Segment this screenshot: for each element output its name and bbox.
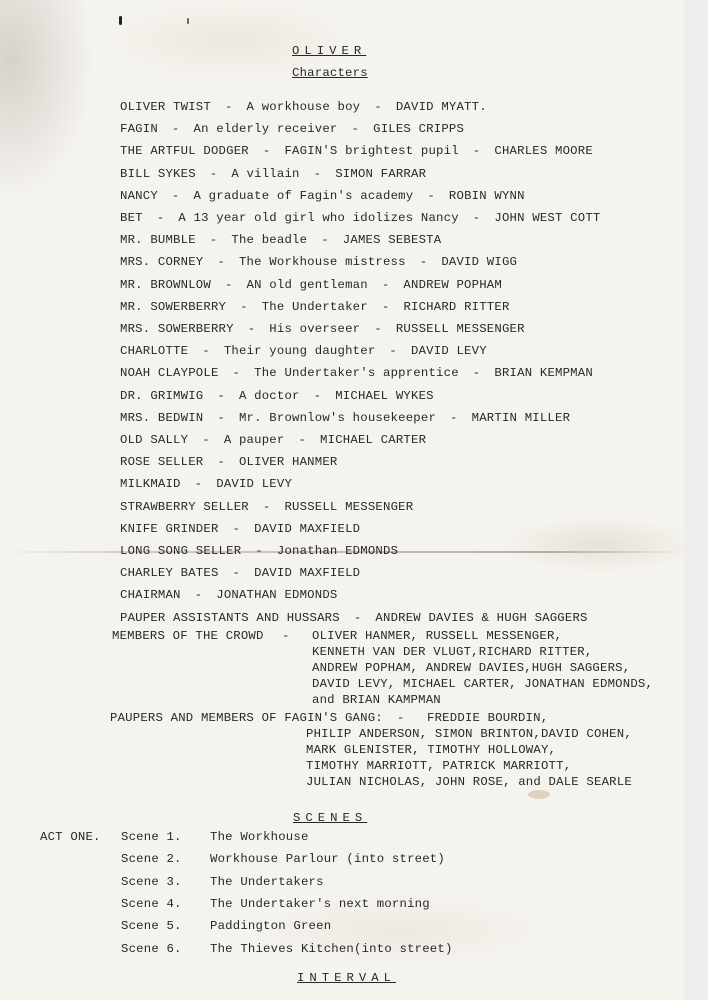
cast-actor: MARTIN MILLER: [472, 411, 571, 425]
gang-first-member: FREDDIE BOURDIN,: [427, 710, 548, 726]
cast-description: An elderly receiver: [194, 122, 338, 136]
separator-dash: -: [158, 122, 194, 136]
cast-row: BET-A 13 year old girl who idolizes Nanc…: [120, 211, 601, 225]
act-label: ACT ONE.: [40, 830, 101, 844]
cast-actor: DAVID MYATT.: [396, 100, 487, 114]
separator-dash: -: [188, 344, 224, 358]
separator-dash: -: [338, 122, 374, 136]
crowd-member-line: KENNETH VAN DER VLUGT,RICHARD RITTER,: [312, 644, 592, 660]
cast-description: A doctor: [239, 389, 300, 403]
cast-role: KNIFE GRINDER: [120, 522, 219, 536]
crowd-dash: -: [282, 628, 290, 644]
separator-dash: -: [234, 322, 270, 336]
separator-dash: -: [360, 100, 396, 114]
scene-name: The Undertaker's next morning: [210, 897, 430, 911]
cast-role: CHAIRMAN: [120, 588, 181, 602]
cast-row: MR. BUMBLE-The beadle-JAMES SEBESTA: [120, 233, 441, 247]
cast-role: MR. BUMBLE: [120, 233, 196, 247]
interval-label: INTERVAL: [297, 971, 396, 985]
scene-number: Scene 6.: [121, 942, 182, 956]
paper-sheet: OLIVER Characters OLIVER TWIST-A workhou…: [0, 0, 684, 1000]
gang-member-line: TIMOTHY MARRIOTT, PATRICK MARRIOTT,: [306, 758, 571, 774]
cast-row: ROSE SELLER-OLIVER HANMER: [120, 455, 338, 469]
paper-stain: [528, 790, 550, 799]
separator-dash: -: [307, 233, 343, 247]
cast-actor: SIMON FARRAR: [335, 167, 426, 181]
separator-dash: -: [406, 255, 442, 269]
cast-role: MRS. CORNEY: [120, 255, 203, 269]
cast-role: NANCY: [120, 189, 158, 203]
cast-role: ROSE SELLER: [120, 455, 203, 469]
ink-mark: [119, 16, 122, 25]
cast-row: LONG SONG SELLER-Jonathan EDMONDS: [120, 544, 398, 558]
separator-dash: -: [196, 233, 232, 247]
cast-row: NANCY-A graduate of Fagin's academy-ROBI…: [120, 189, 525, 203]
separator-dash: -: [226, 300, 262, 314]
separator-dash: -: [158, 189, 194, 203]
cast-role: THE ARTFUL DODGER: [120, 144, 249, 158]
scene-name: The Workhouse: [210, 830, 309, 844]
cast-row: FAGIN-An elderly receiver-GILES CRIPPS: [120, 122, 464, 136]
gang-member-line: PHILIP ANDERSON, SIMON BRINTON,DAVID COH…: [306, 726, 632, 742]
cast-description: FAGIN'S brightest pupil: [284, 144, 458, 158]
cast-role: DR. GRIMWIG: [120, 389, 203, 403]
cast-description: A 13 year old girl who idolizes Nancy: [178, 211, 458, 225]
cast-row: CHARLEY BATES-DAVID MAXFIELD: [120, 566, 360, 580]
cast-actor: JAMES SEBESTA: [343, 233, 442, 247]
cast-description: The Undertaker: [262, 300, 368, 314]
cast-row: PAUPER ASSISTANTS AND HUSSARS-ANDREW DAV…: [120, 611, 588, 625]
cast-description: Mr. Brownlow's housekeeper: [239, 411, 436, 425]
separator-dash: -: [211, 100, 247, 114]
cast-role: OLIVER TWIST: [120, 100, 211, 114]
separator-dash: -: [203, 411, 239, 425]
cast-description: A pauper: [224, 433, 285, 447]
crowd-member-line: DAVID LEVY, MICHAEL CARTER, JONATHAN EDM…: [312, 676, 653, 692]
cast-role: LONG SONG SELLER: [120, 544, 241, 558]
separator-dash: -: [284, 433, 320, 447]
cast-description: Their young daughter: [224, 344, 376, 358]
gang-label: PAUPERS AND MEMBERS OF FAGIN'S GANG:: [110, 710, 383, 726]
cast-actor: DAVID WIGG: [441, 255, 517, 269]
cast-description: The beadle: [231, 233, 307, 247]
separator-dash: -: [459, 211, 495, 225]
separator-dash: -: [203, 389, 239, 403]
cast-actor: DAVID MAXFIELD: [254, 566, 360, 580]
cast-description: A graduate of Fagin's academy: [194, 189, 414, 203]
scene-number: Scene 5.: [121, 919, 182, 933]
cast-row: KNIFE GRINDER-DAVID MAXFIELD: [120, 522, 360, 536]
separator-dash: -: [436, 411, 472, 425]
cast-role: OLD SALLY: [120, 433, 188, 447]
cast-role: NOAH CLAYPOLE: [120, 366, 219, 380]
cast-actor: Jonathan EDMONDS: [277, 544, 398, 558]
cast-actor: DAVID MAXFIELD: [254, 522, 360, 536]
scene-name: The Undertakers: [210, 875, 324, 889]
separator-dash: -: [196, 167, 232, 181]
separator-dash: -: [340, 611, 376, 625]
gang-dash: -: [397, 710, 405, 726]
cast-actor: ANDREW DAVIES & HUGH SAGGERS: [375, 611, 587, 625]
separator-dash: -: [300, 389, 336, 403]
separator-dash: -: [219, 522, 255, 536]
cast-row: MRS. CORNEY-The Workhouse mistress-DAVID…: [120, 255, 517, 269]
separator-dash: -: [219, 366, 255, 380]
separator-dash: -: [219, 566, 255, 580]
separator-dash: -: [459, 366, 495, 380]
separator-dash: -: [459, 144, 495, 158]
separator-dash: -: [188, 433, 224, 447]
cast-role: CHARLOTTE: [120, 344, 188, 358]
cast-role: BILL SYKES: [120, 167, 196, 181]
cast-description: AN old gentleman: [247, 278, 368, 292]
separator-dash: -: [368, 278, 404, 292]
cast-row: MR. SOWERBERRY-The Undertaker-RICHARD RI…: [120, 300, 510, 314]
cast-actor: JOHN WEST COTT: [494, 211, 600, 225]
separator-dash: -: [203, 255, 239, 269]
document-subtitle: Characters: [292, 66, 368, 80]
cast-role: BET: [120, 211, 143, 225]
cast-row: BILL SYKES-A villain-SIMON FARRAR: [120, 167, 426, 181]
cast-row: OLIVER TWIST-A workhouse boy-DAVID MYATT…: [120, 100, 487, 114]
separator-dash: -: [375, 344, 411, 358]
cast-description: The Workhouse mistress: [239, 255, 406, 269]
crowd-label: MEMBERS OF THE CROWD: [112, 628, 264, 644]
cast-role: MRS. SOWERBERRY: [120, 322, 234, 336]
separator-dash: -: [203, 455, 239, 469]
cast-role: CHARLEY BATES: [120, 566, 219, 580]
cast-row: OLD SALLY-A pauper-MICHAEL CARTER: [120, 433, 426, 447]
cast-actor: JONATHAN EDMONDS: [216, 588, 337, 602]
scene-name: Paddington Green: [210, 919, 331, 933]
cast-role: STRAWBERRY SELLER: [120, 500, 249, 514]
cast-row: NOAH CLAYPOLE-The Undertaker's apprentic…: [120, 366, 593, 380]
crowd-member-line: and BRIAN KAMPMAN: [312, 692, 441, 708]
cast-actor: RUSSELL MESSENGER: [284, 500, 413, 514]
separator-dash: -: [211, 278, 247, 292]
separator-dash: -: [143, 211, 179, 225]
cast-role: MILKMAID: [120, 477, 181, 491]
scenes-heading: SCENES: [293, 811, 367, 825]
cast-actor: ROBIN WYNN: [449, 189, 525, 203]
document-title: OLIVER: [292, 44, 366, 58]
separator-dash: -: [368, 300, 404, 314]
cast-actor: ANDREW POPHAM: [403, 278, 502, 292]
separator-dash: -: [300, 167, 336, 181]
cast-actor: DAVID LEVY: [216, 477, 292, 491]
crowd-member-line: ANDREW POPHAM, ANDREW DAVIES,HUGH SAGGER…: [312, 660, 630, 676]
scene-name: Workhouse Parlour (into street): [210, 852, 445, 866]
cast-actor: OLIVER HANMER: [239, 455, 338, 469]
cast-actor: MICHAEL CARTER: [320, 433, 426, 447]
separator-dash: -: [181, 477, 217, 491]
cast-row: MRS. SOWERBERRY-His overseer-RUSSELL MES…: [120, 322, 525, 336]
cast-role: PAUPER ASSISTANTS AND HUSSARS: [120, 611, 340, 625]
cast-row: CHAIRMAN-JONATHAN EDMONDS: [120, 588, 338, 602]
cast-actor: BRIAN KEMPMAN: [494, 366, 593, 380]
cast-row: DR. GRIMWIG-A doctor-MICHAEL WYKES: [120, 389, 434, 403]
separator-dash: -: [249, 500, 285, 514]
cast-description: The Undertaker's apprentice: [254, 366, 459, 380]
cast-actor: MICHAEL WYKES: [335, 389, 434, 403]
cast-description: A villain: [231, 167, 299, 181]
scene-name: The Thieves Kitchen(into street): [210, 942, 453, 956]
scene-number: Scene 1.: [121, 830, 182, 844]
cast-actor: RICHARD RITTER: [403, 300, 509, 314]
crowd-member-line: OLIVER HANMER, RUSSELL MESSENGER,: [312, 628, 562, 644]
scene-number: Scene 4.: [121, 897, 182, 911]
scene-number: Scene 2.: [121, 852, 182, 866]
cast-actor: CHARLES MOORE: [494, 144, 593, 158]
gang-member-line: JULIAN NICHOLAS, JOHN ROSE, and DALE SEA…: [306, 774, 632, 790]
cast-role: FAGIN: [120, 122, 158, 136]
cast-actor: RUSSELL MESSENGER: [396, 322, 525, 336]
separator-dash: -: [181, 588, 217, 602]
separator-dash: -: [413, 189, 449, 203]
cast-row: THE ARTFUL DODGER-FAGIN'S brightest pupi…: [120, 144, 593, 158]
cast-role: MR. BROWNLOW: [120, 278, 211, 292]
scene-number: Scene 3.: [121, 875, 182, 889]
cast-row: MILKMAID-DAVID LEVY: [120, 477, 292, 491]
ink-mark: [187, 18, 189, 24]
cast-row: MRS. BEDWIN-Mr. Brownlow's housekeeper-M…: [120, 411, 570, 425]
cast-actor: DAVID LEVY: [411, 344, 487, 358]
cast-description: His overseer: [269, 322, 360, 336]
separator-dash: -: [360, 322, 396, 336]
cast-actor: GILES CRIPPS: [373, 122, 464, 136]
cast-row: CHARLOTTE-Their young daughter-DAVID LEV…: [120, 344, 487, 358]
cast-row: STRAWBERRY SELLER-RUSSELL MESSENGER: [120, 500, 413, 514]
cast-description: A workhouse boy: [247, 100, 361, 114]
gang-member-line: MARK GLENISTER, TIMOTHY HOLLOWAY,: [306, 742, 556, 758]
cast-row: MR. BROWNLOW-AN old gentleman-ANDREW POP…: [120, 278, 502, 292]
separator-dash: -: [241, 544, 277, 558]
separator-dash: -: [249, 144, 285, 158]
cast-role: MRS. BEDWIN: [120, 411, 203, 425]
cast-role: MR. SOWERBERRY: [120, 300, 226, 314]
